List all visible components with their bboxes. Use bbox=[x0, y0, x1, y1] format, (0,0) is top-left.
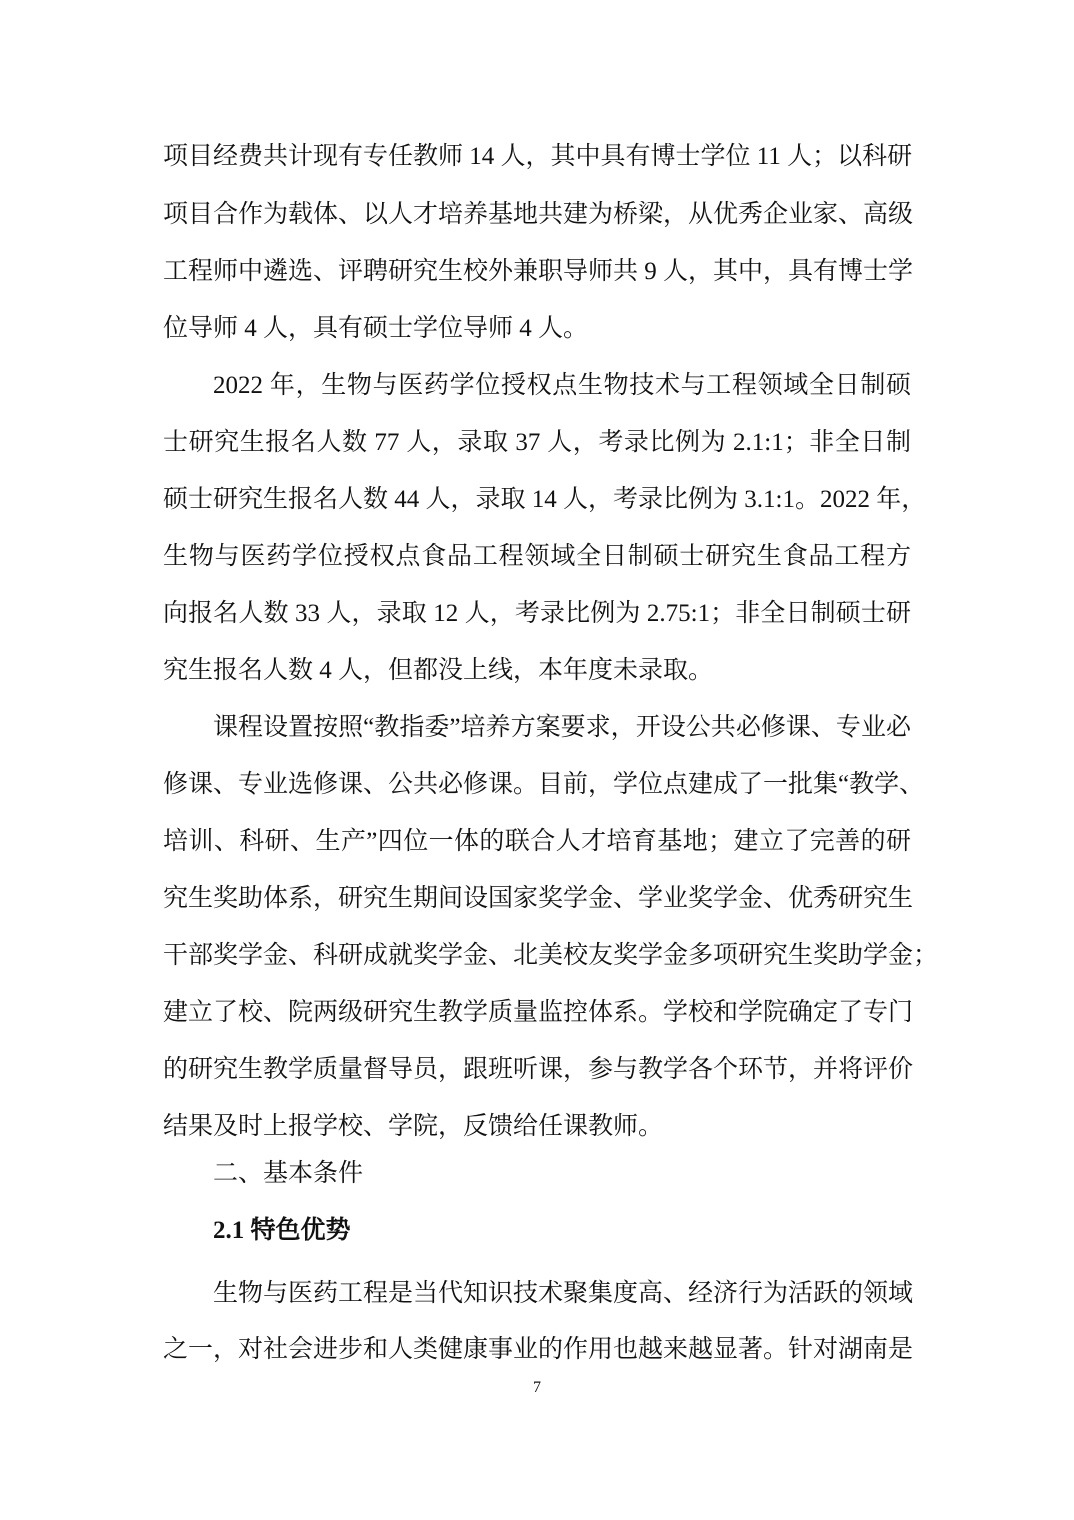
paragraph-1-line-4: 位导师 4 人，具有硕士学位导师 4 人。 bbox=[163, 312, 911, 346]
paragraph-4-line-2: 之一，对社会进步和人类健康事业的作用也越来越显著。针对湖南是 bbox=[163, 1333, 911, 1367]
paragraph-2-line-4: 生物与医药学位授权点食品工程领域全日制硕士研究生食品工程方 bbox=[163, 540, 911, 574]
paragraph-3-line-4: 究生奖助体系，研究生期间设国家奖学金、学业奖学金、优秀研究生 bbox=[163, 882, 911, 916]
paragraph-3-line-7: 的研究生教学质量督导员，跟班听课，参与教学各个环节，并将评价 bbox=[163, 1053, 911, 1087]
section-heading: 二、基本条件 bbox=[213, 1157, 363, 1191]
subsection-heading: 2.1 特色优势 bbox=[213, 1214, 351, 1248]
paragraph-1-line-3: 工程师中遴选、评聘研究生校外兼职导师共 9 人，其中，具有博士学 bbox=[163, 255, 911, 289]
paragraph-3-line-5: 干部奖学金、科研成就奖学金、北美校友奖学金多项研究生奖助学金； bbox=[163, 939, 911, 973]
paragraph-3-line-3: 培训、科研、生产”四位一体的联合人才培育基地；建立了完善的研 bbox=[163, 825, 911, 859]
paragraph-3-line-6: 建立了校、院两级研究生教学质量监控体系。学校和学院确定了专门 bbox=[163, 996, 911, 1030]
paragraph-3-line-2: 修课、专业选修课、公共必修课。目前，学位点建成了一批集“教学、 bbox=[163, 768, 911, 802]
paragraph-2-line-3: 硕士研究生报名人数 44 人，录取 14 人，考录比例为 3.1:1。2022 … bbox=[163, 483, 911, 517]
paragraph-2-line-2: 士研究生报名人数 77 人，录取 37 人，考录比例为 2.1:1；非全日制 bbox=[163, 426, 911, 460]
document-page: 项目经费共计现有专任教师 14 人，其中具有博士学位 11 人；以科研 项目合作… bbox=[0, 0, 1074, 1520]
paragraph-1-line-2: 项目合作为载体、以人才培养基地共建为桥梁，从优秀企业家、高级 bbox=[163, 198, 911, 232]
paragraph-1-line-1: 项目经费共计现有专任教师 14 人，其中具有博士学位 11 人；以科研 bbox=[163, 140, 911, 174]
paragraph-2-line-1: 2022 年，生物与医药学位授权点生物技术与工程领域全日制硕 bbox=[213, 369, 911, 403]
paragraph-3-line-8: 结果及时上报学校、学院，反馈给任课教师。 bbox=[163, 1110, 911, 1144]
paragraph-2-line-6: 究生报名人数 4 人，但都没上线，本年度未录取。 bbox=[163, 654, 911, 688]
paragraph-4-line-1: 生物与医药工程是当代知识技术聚集度高、经济行为活跃的领域 bbox=[213, 1277, 911, 1311]
paragraph-3-line-1: 课程设置按照“教指委”培养方案要求，开设公共必修课、专业必 bbox=[213, 711, 911, 745]
page-number: 7 bbox=[0, 1378, 1074, 1398]
paragraph-2-line-5: 向报名人数 33 人，录取 12 人，考录比例为 2.75:1；非全日制硕士研 bbox=[163, 597, 911, 631]
